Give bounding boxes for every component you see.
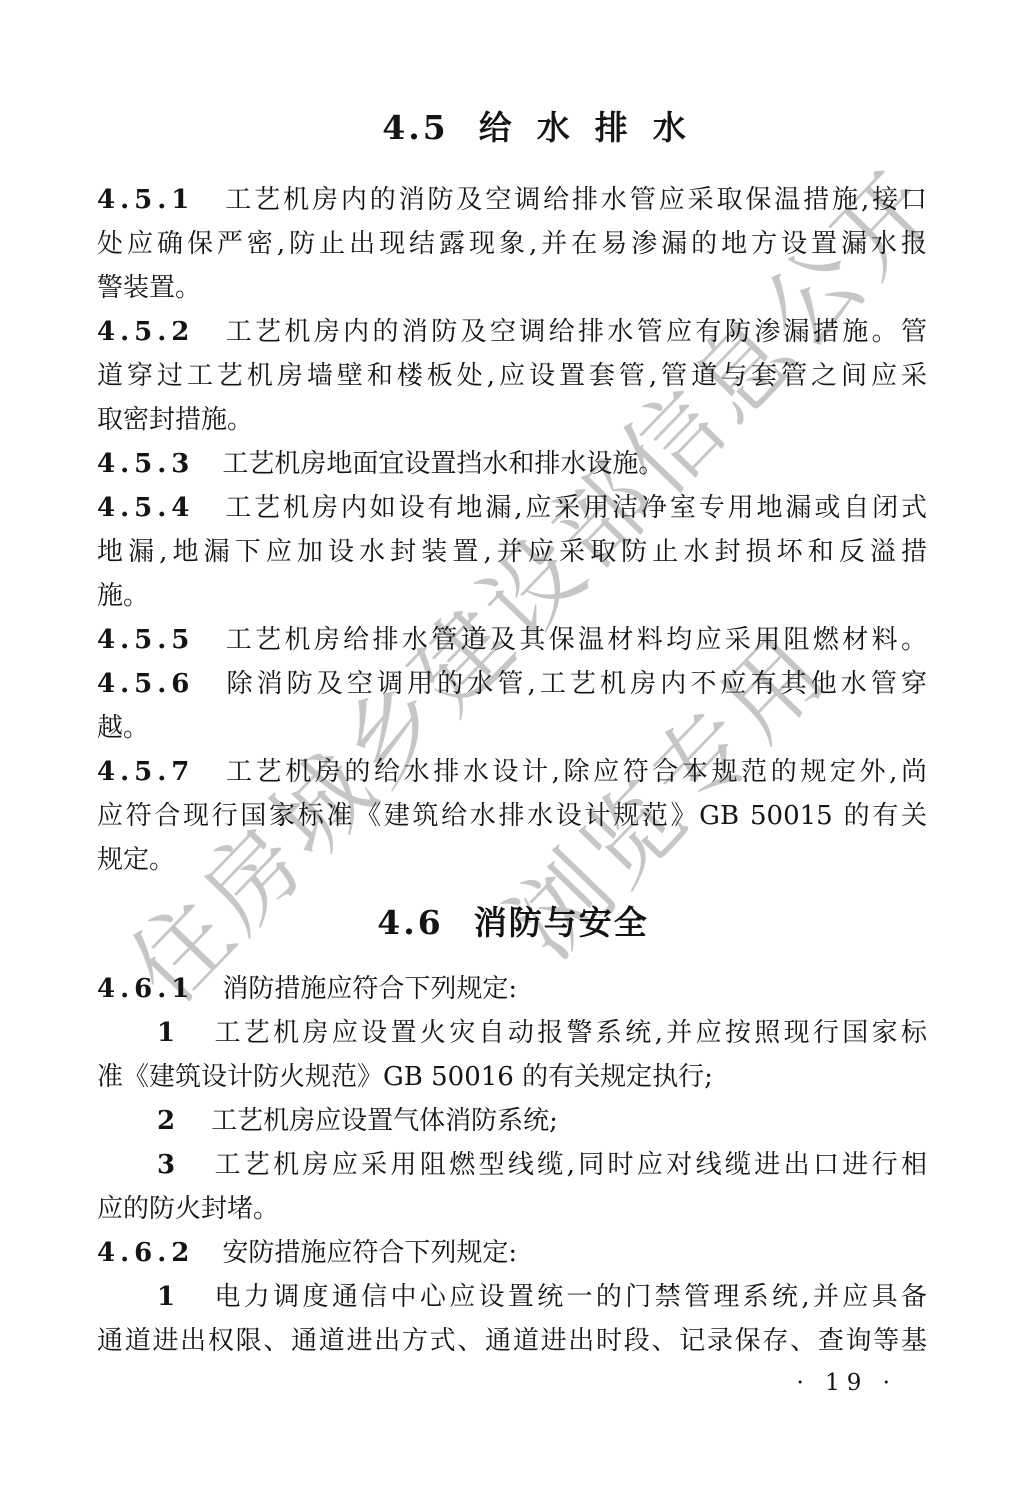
- clause-4-6-1-item-2: 2工艺机房应设置气体消防系统;: [97, 1099, 927, 1143]
- clause-number: 4.5.6: [97, 669, 194, 699]
- clause-4-6-2-item-1: 1电力调度通信中心应设置统一的门禁管理系统,并应具备 通道进出权限、通道进出方式…: [97, 1275, 927, 1363]
- page-content: 4.5给水排水 4.5.1工艺机房内的消防及空调给排水管应采取保温措施,接口 处…: [97, 0, 927, 1363]
- clause-line: 准《建筑设计防火规范》GB 50016 的有关规定执行;: [97, 1055, 927, 1099]
- clause-line: 4.6.2安防措施应符合下列规定:: [97, 1231, 927, 1275]
- clause-line: 4.6.1消防措施应符合下列规定:: [97, 967, 927, 1011]
- clause-number: 3: [157, 1150, 175, 1180]
- section-heading-4-6: 4.6消防与安全: [97, 903, 927, 943]
- clause-number: 4.5.7: [97, 757, 194, 787]
- clause-line: 施。: [97, 574, 927, 618]
- clause-number: 4.5.4: [97, 493, 194, 523]
- clause-4-6-2: 4.6.2安防措施应符合下列规定:: [97, 1231, 927, 1275]
- clause-text: 工艺机房给排水管道及其保温材料均应采用阻燃材料。: [222, 625, 927, 655]
- clause-4-5-6: 4.5.6除消防及空调用的水管,工艺机房内不应有其他水管穿 越。: [97, 662, 927, 750]
- heading-title: 消防与安全: [474, 903, 649, 942]
- clause-text: 除消防及空调用的水管,工艺机房内不应有其他水管穿: [222, 669, 927, 699]
- clause-number: 4.5.5: [97, 625, 194, 655]
- clause-text: 工艺机房应设置气体消防系统;: [211, 1106, 558, 1136]
- clause-4-5-5: 4.5.5工艺机房给排水管道及其保温材料均应采用阻燃材料。: [97, 618, 927, 662]
- clause-number: 4.6.1: [97, 974, 194, 1004]
- clause-number: 4.5.1: [97, 185, 194, 215]
- clause-line: 4.5.5工艺机房给排水管道及其保温材料均应采用阻燃材料。: [97, 618, 927, 662]
- clause-number: 4.5.3: [97, 449, 194, 479]
- clause-text: 消防措施应符合下列规定:: [222, 974, 517, 1004]
- clause-4-5-3: 4.5.3工艺机房地面宜设置挡水和排水设施。: [97, 442, 927, 486]
- clause-4-5-1: 4.5.1工艺机房内的消防及空调给排水管应采取保温措施,接口 处应确保严密,防止…: [97, 178, 927, 310]
- clause-line: 处应确保严密,防止出现结露现象,并在易渗漏的地方设置漏水报: [97, 222, 927, 266]
- clause-line: 4.5.1工艺机房内的消防及空调给排水管应采取保温措施,接口: [97, 178, 927, 222]
- clause-line: 越。: [97, 706, 927, 750]
- page-number: · 19 ·: [796, 1370, 897, 1396]
- clause-4-5-7: 4.5.7工艺机房的给水排水设计,除应符合本规范的规定外,尚 应符合现行国家标准…: [97, 750, 927, 882]
- clause-line: 4.5.4工艺机房内如设有地漏,应采用洁净室专用地漏或自闭式: [97, 486, 927, 530]
- clause-text: 工艺机房内的消防及空调给排水管应有防渗漏措施。管: [222, 317, 927, 347]
- clause-line: 取密封措施。: [97, 398, 927, 442]
- clause-line: 应的防火封堵。: [97, 1187, 927, 1231]
- clause-line: 道穿过工艺机房墙壁和楼板处,应设置套管,管道与套管之间应采: [97, 354, 927, 398]
- clause-4-5-2: 4.5.2工艺机房内的消防及空调给排水管应有防渗漏措施。管 道穿过工艺机房墙壁和…: [97, 310, 927, 442]
- clause-line: 通道进出权限、通道进出方式、通道进出时段、记录保存、查询等基: [97, 1319, 927, 1363]
- clause-text: 电力调度通信中心应设置统一的门禁管理系统,并应具备: [211, 1282, 927, 1312]
- clause-line: 警装置。: [97, 266, 927, 310]
- heading-number: 4.5: [382, 108, 448, 147]
- clause-line: 4.5.3工艺机房地面宜设置挡水和排水设施。: [97, 442, 927, 486]
- clause-number: 4.5.2: [97, 317, 194, 347]
- clause-text: 安防措施应符合下列规定:: [222, 1238, 517, 1268]
- clause-4-6-1-item-1: 1工艺机房应设置火灾自动报警系统,并应按照现行国家标 准《建筑设计防火规范》GB…: [97, 1011, 927, 1099]
- clause-text: 工艺机房应采用阻燃型线缆,同时应对线缆进出口进行相: [211, 1150, 927, 1180]
- clause-line: 2工艺机房应设置气体消防系统;: [97, 1099, 927, 1143]
- clause-4-5-4: 4.5.4工艺机房内如设有地漏,应采用洁净室专用地漏或自闭式 地漏,地漏下应加设…: [97, 486, 927, 618]
- clause-4-6-1: 4.6.1消防措施应符合下列规定:: [97, 967, 927, 1011]
- clause-number: 1: [157, 1018, 175, 1048]
- clause-4-6-1-item-3: 3工艺机房应采用阻燃型线缆,同时应对线缆进出口进行相 应的防火封堵。: [97, 1143, 927, 1231]
- clause-line: 4.5.7工艺机房的给水排水设计,除应符合本规范的规定外,尚: [97, 750, 927, 794]
- heading-title: 给水排水: [479, 108, 711, 147]
- clause-line: 4.5.6除消防及空调用的水管,工艺机房内不应有其他水管穿: [97, 662, 927, 706]
- heading-number: 4.6: [377, 903, 443, 942]
- clause-text: 工艺机房内的消防及空调给排水管应采取保温措施,接口: [222, 185, 927, 215]
- clause-line: 4.5.2工艺机房内的消防及空调给排水管应有防渗漏措施。管: [97, 310, 927, 354]
- clause-line: 应符合现行国家标准《建筑给水排水设计规范》GB 50015 的有关: [97, 794, 927, 838]
- clause-line: 1工艺机房应设置火灾自动报警系统,并应按照现行国家标: [97, 1011, 927, 1055]
- section-heading-4-5: 4.5给水排水: [119, 108, 949, 148]
- clause-text: 工艺机房应设置火灾自动报警系统,并应按照现行国家标: [211, 1018, 927, 1048]
- clause-line: 地漏,地漏下应加设水封装置,并应采取防止水封损坏和反溢措: [97, 530, 927, 574]
- clause-text: 工艺机房内如设有地漏,应采用洁净室专用地漏或自闭式: [222, 493, 927, 523]
- document-page: 住房城乡建设部信息公开 浏览专用 4.5给水排水 4.5.1工艺机房内的消防及空…: [0, 0, 1023, 1496]
- clause-line: 3工艺机房应采用阻燃型线缆,同时应对线缆进出口进行相: [97, 1143, 927, 1187]
- clause-text: 工艺机房的给水排水设计,除应符合本规范的规定外,尚: [222, 757, 927, 787]
- clause-line: 1电力调度通信中心应设置统一的门禁管理系统,并应具备: [97, 1275, 927, 1319]
- clause-number: 4.6.2: [97, 1238, 194, 1268]
- clause-line: 规定。: [97, 838, 927, 882]
- clause-text: 工艺机房地面宜设置挡水和排水设施。: [222, 449, 664, 479]
- clause-number: 1: [157, 1282, 175, 1312]
- clause-number: 2: [157, 1106, 175, 1136]
